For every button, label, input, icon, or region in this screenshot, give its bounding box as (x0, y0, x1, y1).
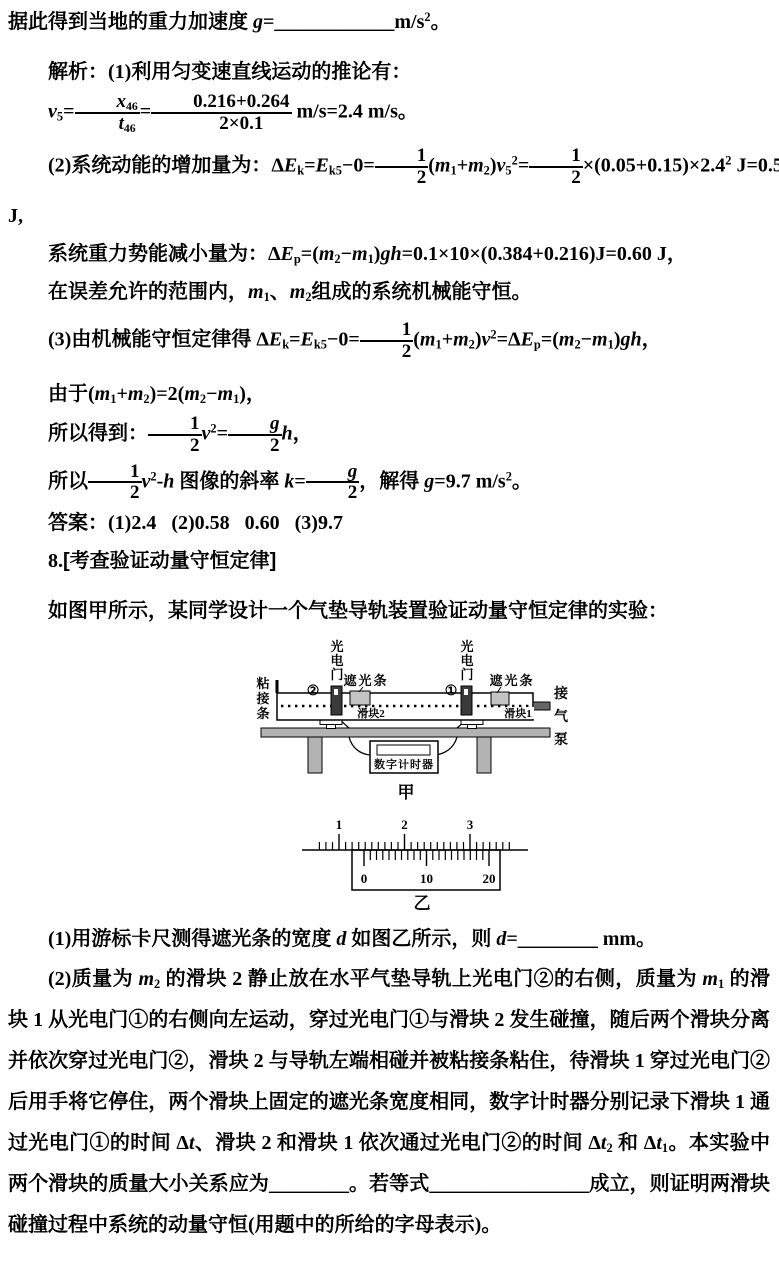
equation-part3: (3)由机械能守恒定律得 ΔEk=Ek5−0=12(m1+m2)v2=ΔEp=(… (8, 320, 770, 362)
figure-yi-vernier-caliper: 1 2 3 0 10 20 乙 (300, 813, 540, 913)
svg-text:门: 门 (330, 667, 343, 682)
adhesive-strip-label: 粘 接 条 (255, 676, 269, 721)
vernier-number-10: 10 (420, 871, 433, 886)
line-error-allowance: 在误差允许的范围内，m1、m2组成的系统机械能守恒。 (8, 278, 770, 306)
leveling-foot-right (461, 720, 483, 729)
figure-jia-caption: 甲 (398, 783, 415, 802)
equation-v5: v5=x46t46=0.216+0.2642×0.1 m/s=2.4 m/s。 (8, 92, 770, 134)
equation-potential-energy: 系统重力势能减小量为：ΔEp=(m2−m1)gh=0.1×10×(0.384+0… (8, 240, 770, 268)
vernier-number-0: 0 (361, 871, 368, 886)
equation-slope-g: 所以12v2-h 图像的斜率 k=g2，解得 g=9.7 m/s2。 (8, 462, 770, 504)
photogate-label-left: 光 电 门 (330, 639, 343, 682)
table-leg-right (477, 737, 491, 773)
figure-yi-caption: 乙 (414, 894, 431, 913)
slider2-label: 滑块2 (357, 706, 385, 720)
question-2-paragraph: (2)质量为 m2 的滑块 2 静止放在水平气垫导轨上光电门②的右侧，质量为 m… (8, 959, 770, 1246)
line-jiexi: 解析：(1)利用匀变速直线运动的推论有： (8, 58, 770, 86)
figure-jia-apparatus-diagram: 滑块2 滑块1 ② ① 光 电 门 光 (230, 631, 610, 811)
table-top (261, 728, 550, 737)
table-leg-left (308, 737, 322, 773)
main-scale-mm-ticks (319, 842, 509, 850)
svg-text:接: 接 (553, 685, 569, 702)
photogate-1 (461, 686, 472, 715)
svg-text:条: 条 (256, 706, 269, 721)
svg-text:接: 接 (255, 691, 269, 706)
svg-text:粘: 粘 (255, 676, 269, 691)
slider1-label: 滑块1 (504, 706, 532, 720)
svg-text:气: 气 (554, 708, 569, 725)
main-scale-number-2: 2 (401, 817, 408, 832)
shade-strip-left (350, 687, 370, 705)
svg-text:电: 电 (460, 653, 473, 668)
svg-text:门: 门 (460, 667, 473, 682)
vernier-number-20: 20 (483, 871, 496, 886)
svg-text:光: 光 (460, 639, 473, 654)
svg-text:数字计时器: 数字计时器 (374, 757, 434, 771)
question-1: (1)用游标卡尺测得遮光条的宽度 d 如图乙所示，则 d=________ mm… (8, 925, 770, 953)
worksheet-page: 据此得到当地的重力加速度 g=____________m/s2。 解析：(1)利… (0, 0, 779, 1246)
svg-text:光: 光 (330, 639, 343, 654)
main-scale-number-1: 1 (336, 817, 343, 832)
air-pump-tube (533, 702, 550, 710)
equation-kinetic-energy: (2)系统动能的增加量为：ΔEk=Ek5−0=12(m1+m2)v52=12×(… (8, 146, 770, 188)
photogate-label-right: 光 电 门 (460, 639, 473, 682)
line-gravity-blank: 据此得到当地的重力加速度 g=____________m/s2。 (8, 8, 770, 36)
shade-strip-right (491, 687, 509, 705)
main-scale-number-3: 3 (467, 817, 474, 832)
question8-intro: 如图甲所示，某同学设计一个气垫导轨装置验证动量守恒定律的实验： (8, 597, 770, 625)
digital-timer-box: 数字计时器 (370, 741, 438, 773)
question8-heading: 8.[考查验证动量守恒定律] (8, 547, 770, 575)
air-pump-label: 接 气 泵 (553, 685, 569, 748)
svg-text:泵: 泵 (554, 731, 568, 748)
line-answer: 答案：(1)2.4 (2)0.58 0.60 (3)9.7 (8, 509, 770, 537)
photogate-2 (331, 686, 342, 715)
line-youyu: 由于(m1+m2)=2(m2−m1)， (8, 380, 770, 408)
gate1-number: ① (445, 684, 458, 699)
gate2-number: ② (307, 684, 320, 699)
line-j-continuation: J, (8, 202, 770, 230)
svg-text:电: 电 (330, 653, 343, 668)
shade-label-right: 遮光条 (489, 673, 534, 688)
shade-label-left: 遮光条 (343, 673, 388, 688)
leveling-foot-left (320, 720, 342, 729)
equation-half-v2: 所以得到：12v2=g2h， (8, 414, 770, 456)
